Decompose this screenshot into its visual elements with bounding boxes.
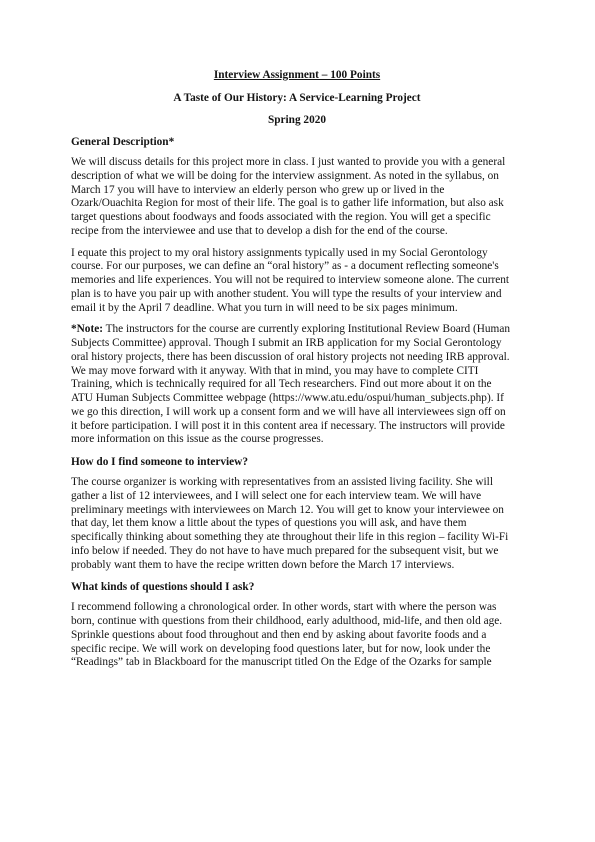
text-line: target questions about foodways and food… [71,211,523,225]
text-line: “Readings” tab in Blackboard for the man… [71,656,523,670]
text-line: born, continue with questions from their… [71,615,523,629]
text-line: We may move forward with it anyway. With… [71,365,523,379]
text-line: oral history projects, there has been di… [71,351,523,365]
text-line: info below if needed. They do not have t… [71,545,523,559]
note-paragraph: *Note: The instructors for the course ar… [71,323,523,447]
text-line: Ozark/Ouachita Region for most of their … [71,197,523,211]
paragraph: The course organizer is working with rep… [71,476,523,572]
section-heading: How do I find someone to interview? [71,455,523,469]
document-subtitle: A Taste of Our History: A Service-Learni… [71,91,523,105]
text-line: Sprinkle questions about food throughout… [71,629,523,643]
note-text: The instructors for the course are curre… [103,323,510,335]
paragraph: I equate this project to my oral history… [71,247,523,316]
text-line: preliminary meetings with interviewees o… [71,504,523,518]
text-line: recipe from the interviewee and use that… [71,225,523,239]
text-line: probably want them to have the recipe wr… [71,559,523,573]
section-heading: What kinds of questions should I ask? [71,580,523,594]
document-term: Spring 2020 [71,113,523,127]
text-line: that day, let them know a little about t… [71,517,523,531]
text-line: memories and life experiences. You will … [71,274,523,288]
text-line: specifically thinking about something th… [71,531,523,545]
text-line: I equate this project to my oral history… [71,247,523,261]
text-line: specific recipe. We will work on develop… [71,643,523,657]
text-line: The course organizer is working with rep… [71,476,523,490]
note-label: *Note: [71,323,103,335]
document-title: Interview Assignment – 100 Points [71,68,523,82]
section-heading: General Description* [71,135,523,149]
text-line: description of what we will be doing for… [71,170,523,184]
paragraph: We will discuss details for this project… [71,156,523,239]
text-line: We will discuss details for this project… [71,156,523,170]
text-line: ATU Human Subjects Committee webpage (ht… [71,392,523,406]
text-line: Training, which is technically required … [71,378,523,392]
section-questions: What kinds of questions should I ask? I … [71,580,523,670]
text-line: we go this direction, I will work up a c… [71,406,523,420]
text-line: March 17 you will have to interview an e… [71,184,523,198]
text-line: plan is to have you pair up with another… [71,288,523,302]
text-line: Subjects Committee) approval. Though I s… [71,337,523,351]
text-line: I recommend following a chronological or… [71,601,523,615]
text-line: course. For our purposes, we can define … [71,260,523,274]
text-line: *Note: The instructors for the course ar… [71,323,523,337]
text-line: it before participation. I will post it … [71,420,523,434]
text-line: email it by the April 7 deadline. What y… [71,302,523,316]
paragraph: I recommend following a chronological or… [71,601,523,670]
text-line: more information on this issue as the co… [71,433,523,447]
section-find-interviewee: How do I find someone to interview? The … [71,455,523,572]
section-general-description: General Description* We will discuss det… [71,135,523,447]
text-line: gather a list of 12 interviewees, and I … [71,490,523,504]
document-page: Interview Assignment – 100 Points A Tast… [71,68,523,678]
